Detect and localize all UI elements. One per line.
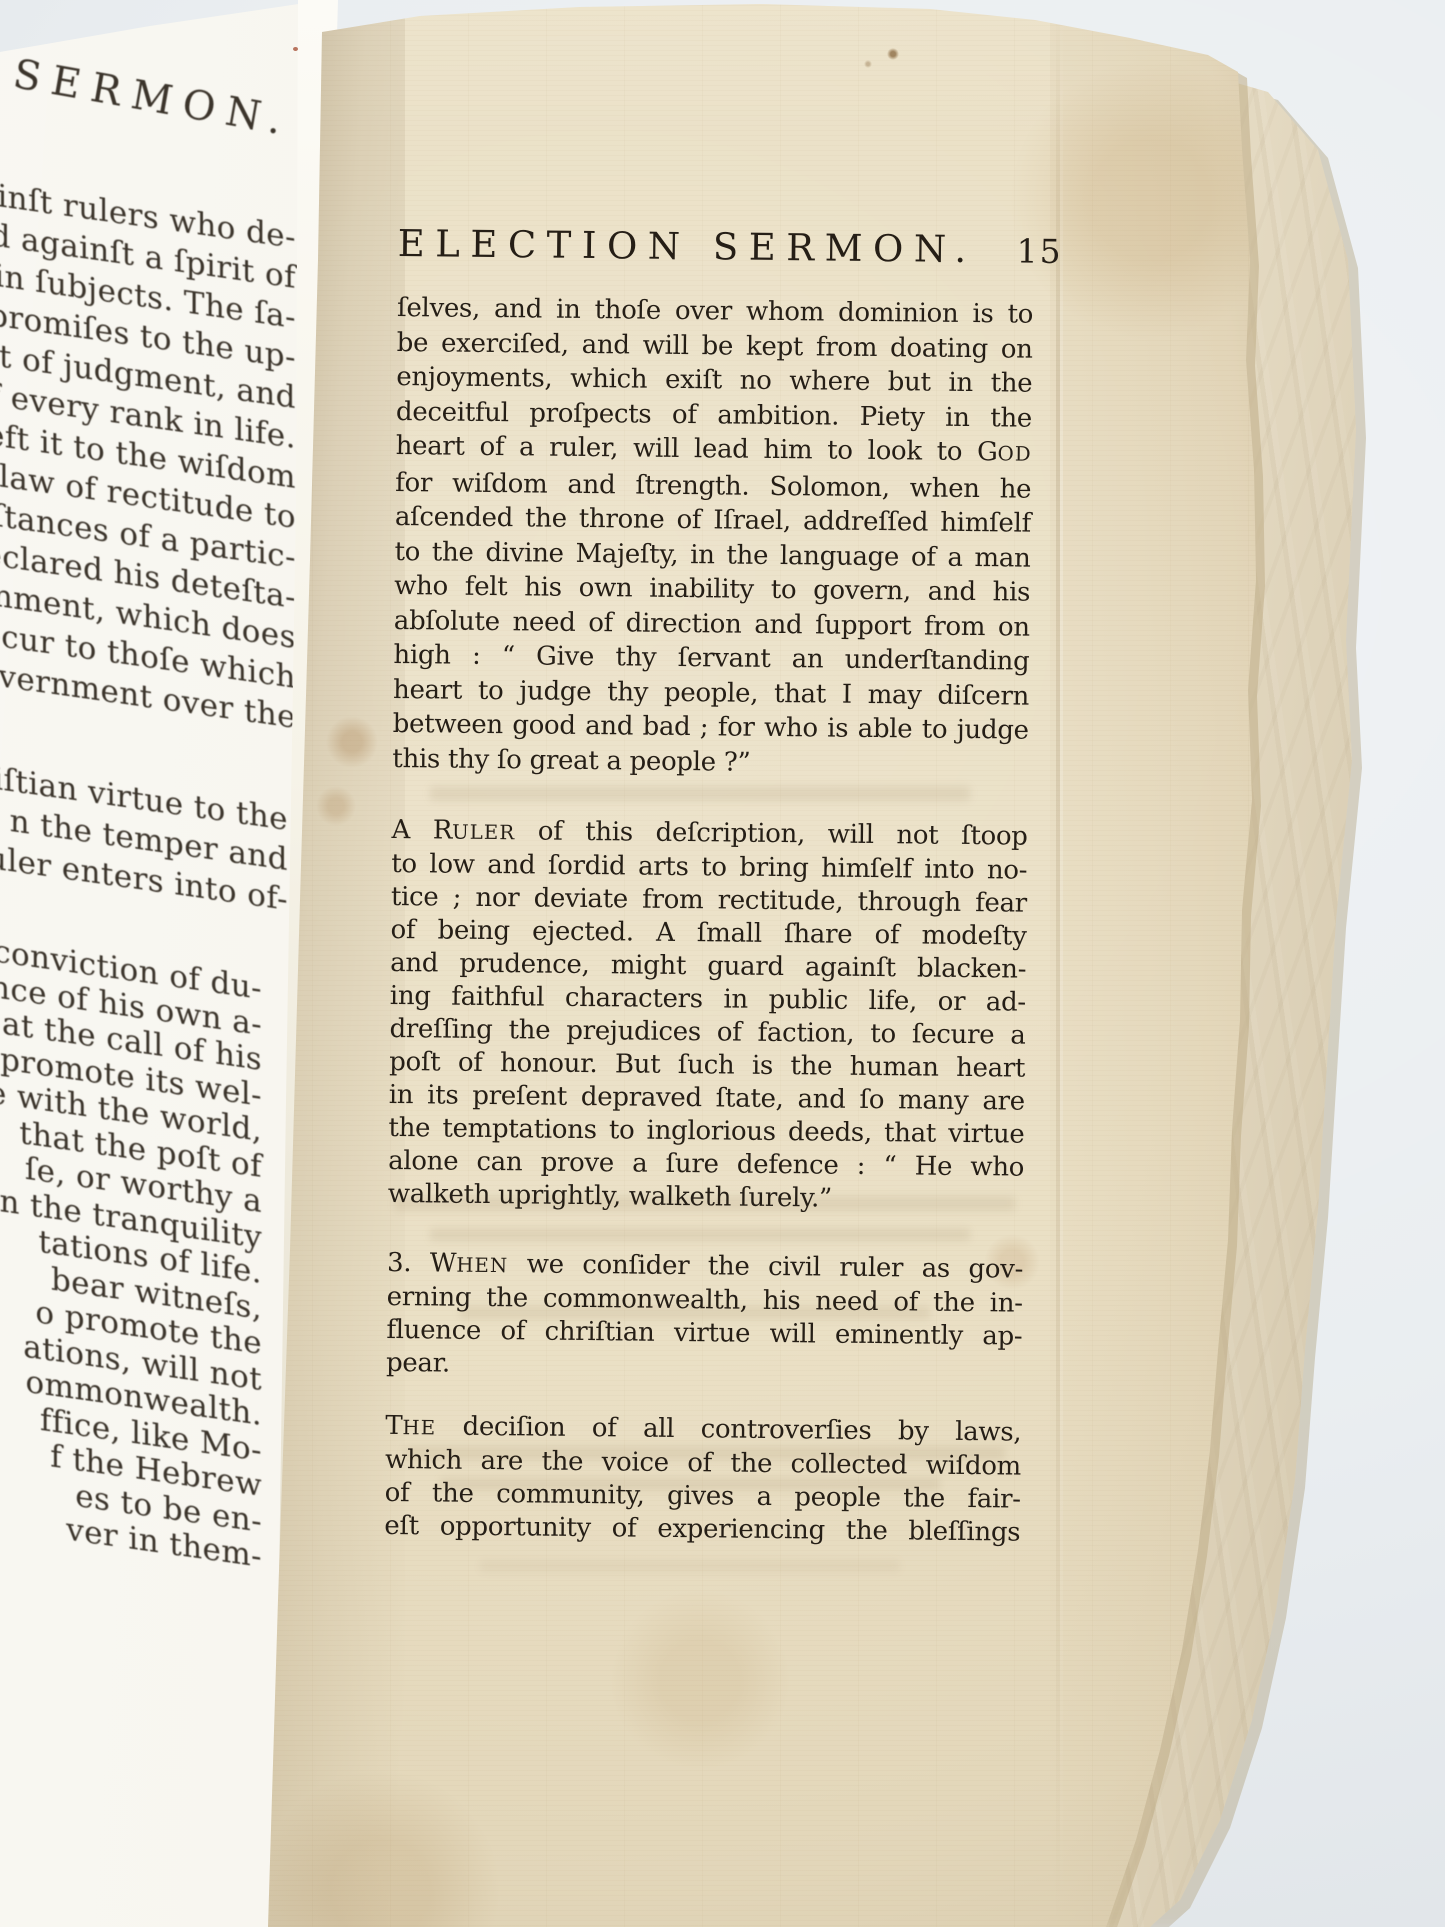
small-caps-text: od [997,442,1031,465]
book-photo: ON SERMON. es againſt rulers who de-s, a… [0,0,1445,1927]
sermon-paragraph-2: A Ruler of this deſcription, will not ſt… [388,814,1028,1218]
running-head: ELECTION SERMON. [398,222,977,271]
sermon-paragraph-3: 3. When we conſider the civil ruler as g… [386,1247,1023,1387]
left-running-head-fragment: ON SERMON. [0,32,296,146]
left-text-group-1: es againſt rulers who de-s, and againſt … [0,162,296,738]
text-line: fluence of chriſtian virtue will eminent… [386,1314,1022,1354]
small-caps-text: hen [456,1254,508,1278]
text-line: heart of a ruler, will lead him to look … [395,429,1031,472]
right-page-content: ELECTION SERMON. 15 ſelves, and in thoſe… [384,222,1034,1550]
sermon-paragraph-4: The deciſion of all controverſies by law… [384,1410,1021,1550]
ink-show-through [480,1560,900,1572]
paper-crease-highlight [1060,0,1063,1927]
left-text-group-3: conviction of du-nce of his own a-at the… [0,933,262,1575]
small-caps-text: uler [452,821,515,845]
small-caps-text: he [402,1416,436,1439]
text-line: this thy ſo great a people ?” [392,741,1028,782]
red-fleck [293,47,298,51]
text-line: eſt opportunity of experiencing the bleſ… [384,1510,1020,1550]
text-line: ſelves, and in thoſe over whom dominion … [397,291,1033,332]
running-head-row: ELECTION SERMON. 15 [398,222,1034,272]
sermon-paragraph-1: ſelves, and in thoſe over whom dominion … [392,291,1033,783]
text-line: between good and bad ; for who is able t… [393,707,1029,748]
text-line: high : “ Give thy ſervant an underſtandi… [393,638,1029,679]
text-line: pear. [386,1347,1022,1387]
text-line: walketh uprightly, walketh ſurely.” [388,1178,1024,1218]
page-number: 15 [1016,231,1062,270]
text-line: who felt his own inability to govern, an… [394,569,1030,610]
left-text-group-2: riſtian virtue to then the temper andule… [0,756,288,920]
text-line: enjoyments, which exiſt no where but in … [396,360,1032,401]
